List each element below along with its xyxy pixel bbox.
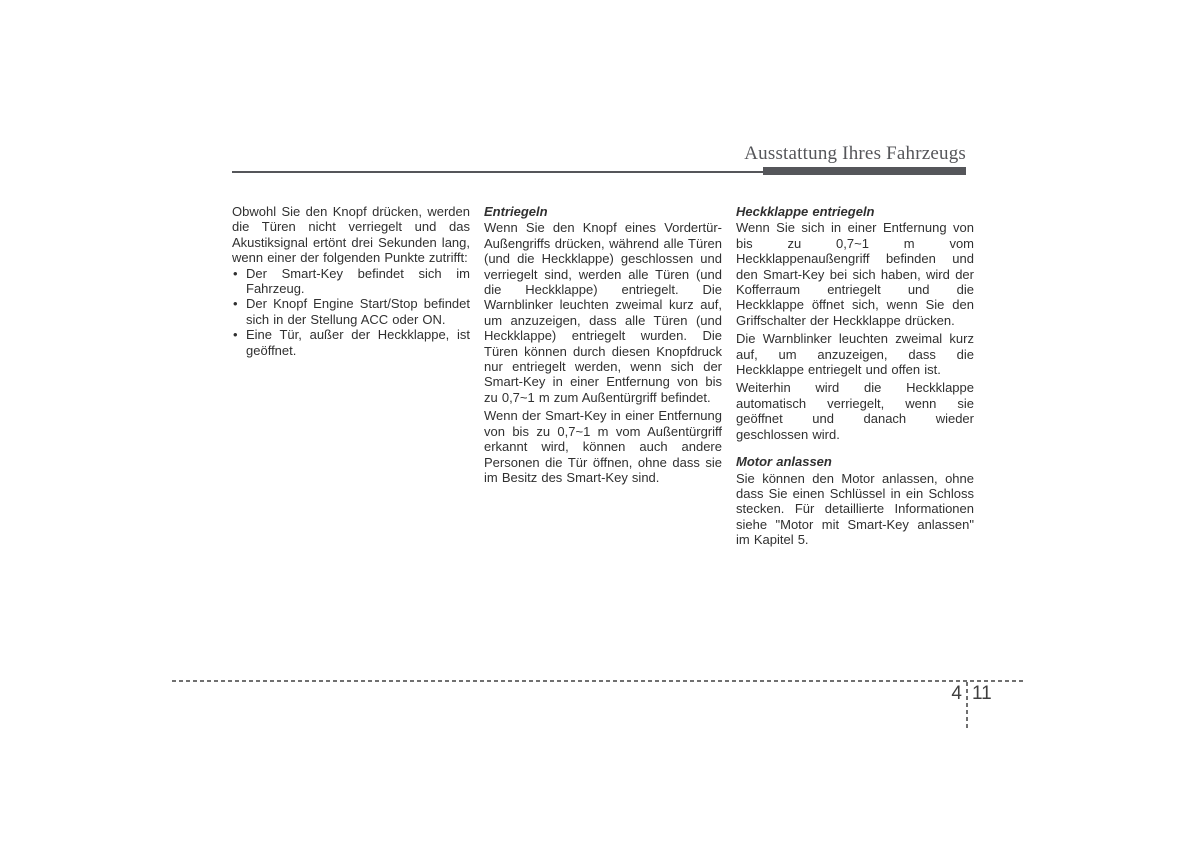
content-columns: Obwohl Sie den Knopf drücken, werden die…	[232, 204, 974, 551]
section-heckklappe-entriegeln: Heckklappe entriegeln Wenn Sie sich in e…	[736, 204, 974, 442]
body-paragraph: Wenn Sie den Knopf eines Vordertür-Außen…	[484, 220, 722, 405]
footer-dashed-rule	[172, 680, 1023, 682]
list-item: Eine Tür, außer der Heckklappe, ist geöf…	[232, 327, 470, 358]
section-heading: Heckklappe entriegeln	[736, 204, 974, 219]
chapter-number: 4	[930, 683, 962, 705]
section-entriegeln: Entriegeln Wenn Sie den Knopf eines Vord…	[484, 204, 722, 485]
body-paragraph: Wenn der Smart-Key in einer Entfernung v…	[484, 408, 722, 485]
intro-paragraph: Obwohl Sie den Knopf drücken, werden die…	[232, 204, 470, 266]
body-paragraph: Sie können den Motor anlassen, ohne dass…	[736, 471, 974, 548]
column-left: Obwohl Sie den Knopf drücken, werden die…	[232, 204, 470, 551]
manual-page: Ausstattung Ihres Fahrzeugs Obwohl Sie d…	[0, 0, 1200, 848]
body-paragraph: Wenn Sie sich in einer Entfernung von bi…	[736, 220, 974, 328]
column-right: Heckklappe entriegeln Wenn Sie sich in e…	[736, 204, 974, 551]
body-paragraph: Die Warnblinker leuchten zweimal kurz au…	[736, 331, 974, 377]
section-heading: Entriegeln	[484, 204, 722, 219]
section-motor-anlassen: Motor anlassen Sie können den Motor anla…	[736, 454, 974, 547]
header-accent-bar	[763, 167, 966, 175]
footer-vertical-dash	[966, 682, 968, 728]
page-header-title: Ausstattung Ihres Fahrzeugs	[744, 143, 966, 165]
list-item: Der Knopf Engine Start/Stop befindet sic…	[232, 296, 470, 327]
body-paragraph: Weiterhin wird die Heckklappe automatisc…	[736, 380, 974, 442]
column-middle: Entriegeln Wenn Sie den Knopf eines Vord…	[484, 204, 722, 551]
section-heading: Motor anlassen	[736, 454, 974, 469]
list-item: Der Smart-Key befindet sich im Fahrzeug.	[232, 266, 470, 297]
page-number: 11	[972, 683, 992, 705]
condition-list: Der Smart-Key befindet sich im Fahrzeug.…	[232, 266, 470, 358]
